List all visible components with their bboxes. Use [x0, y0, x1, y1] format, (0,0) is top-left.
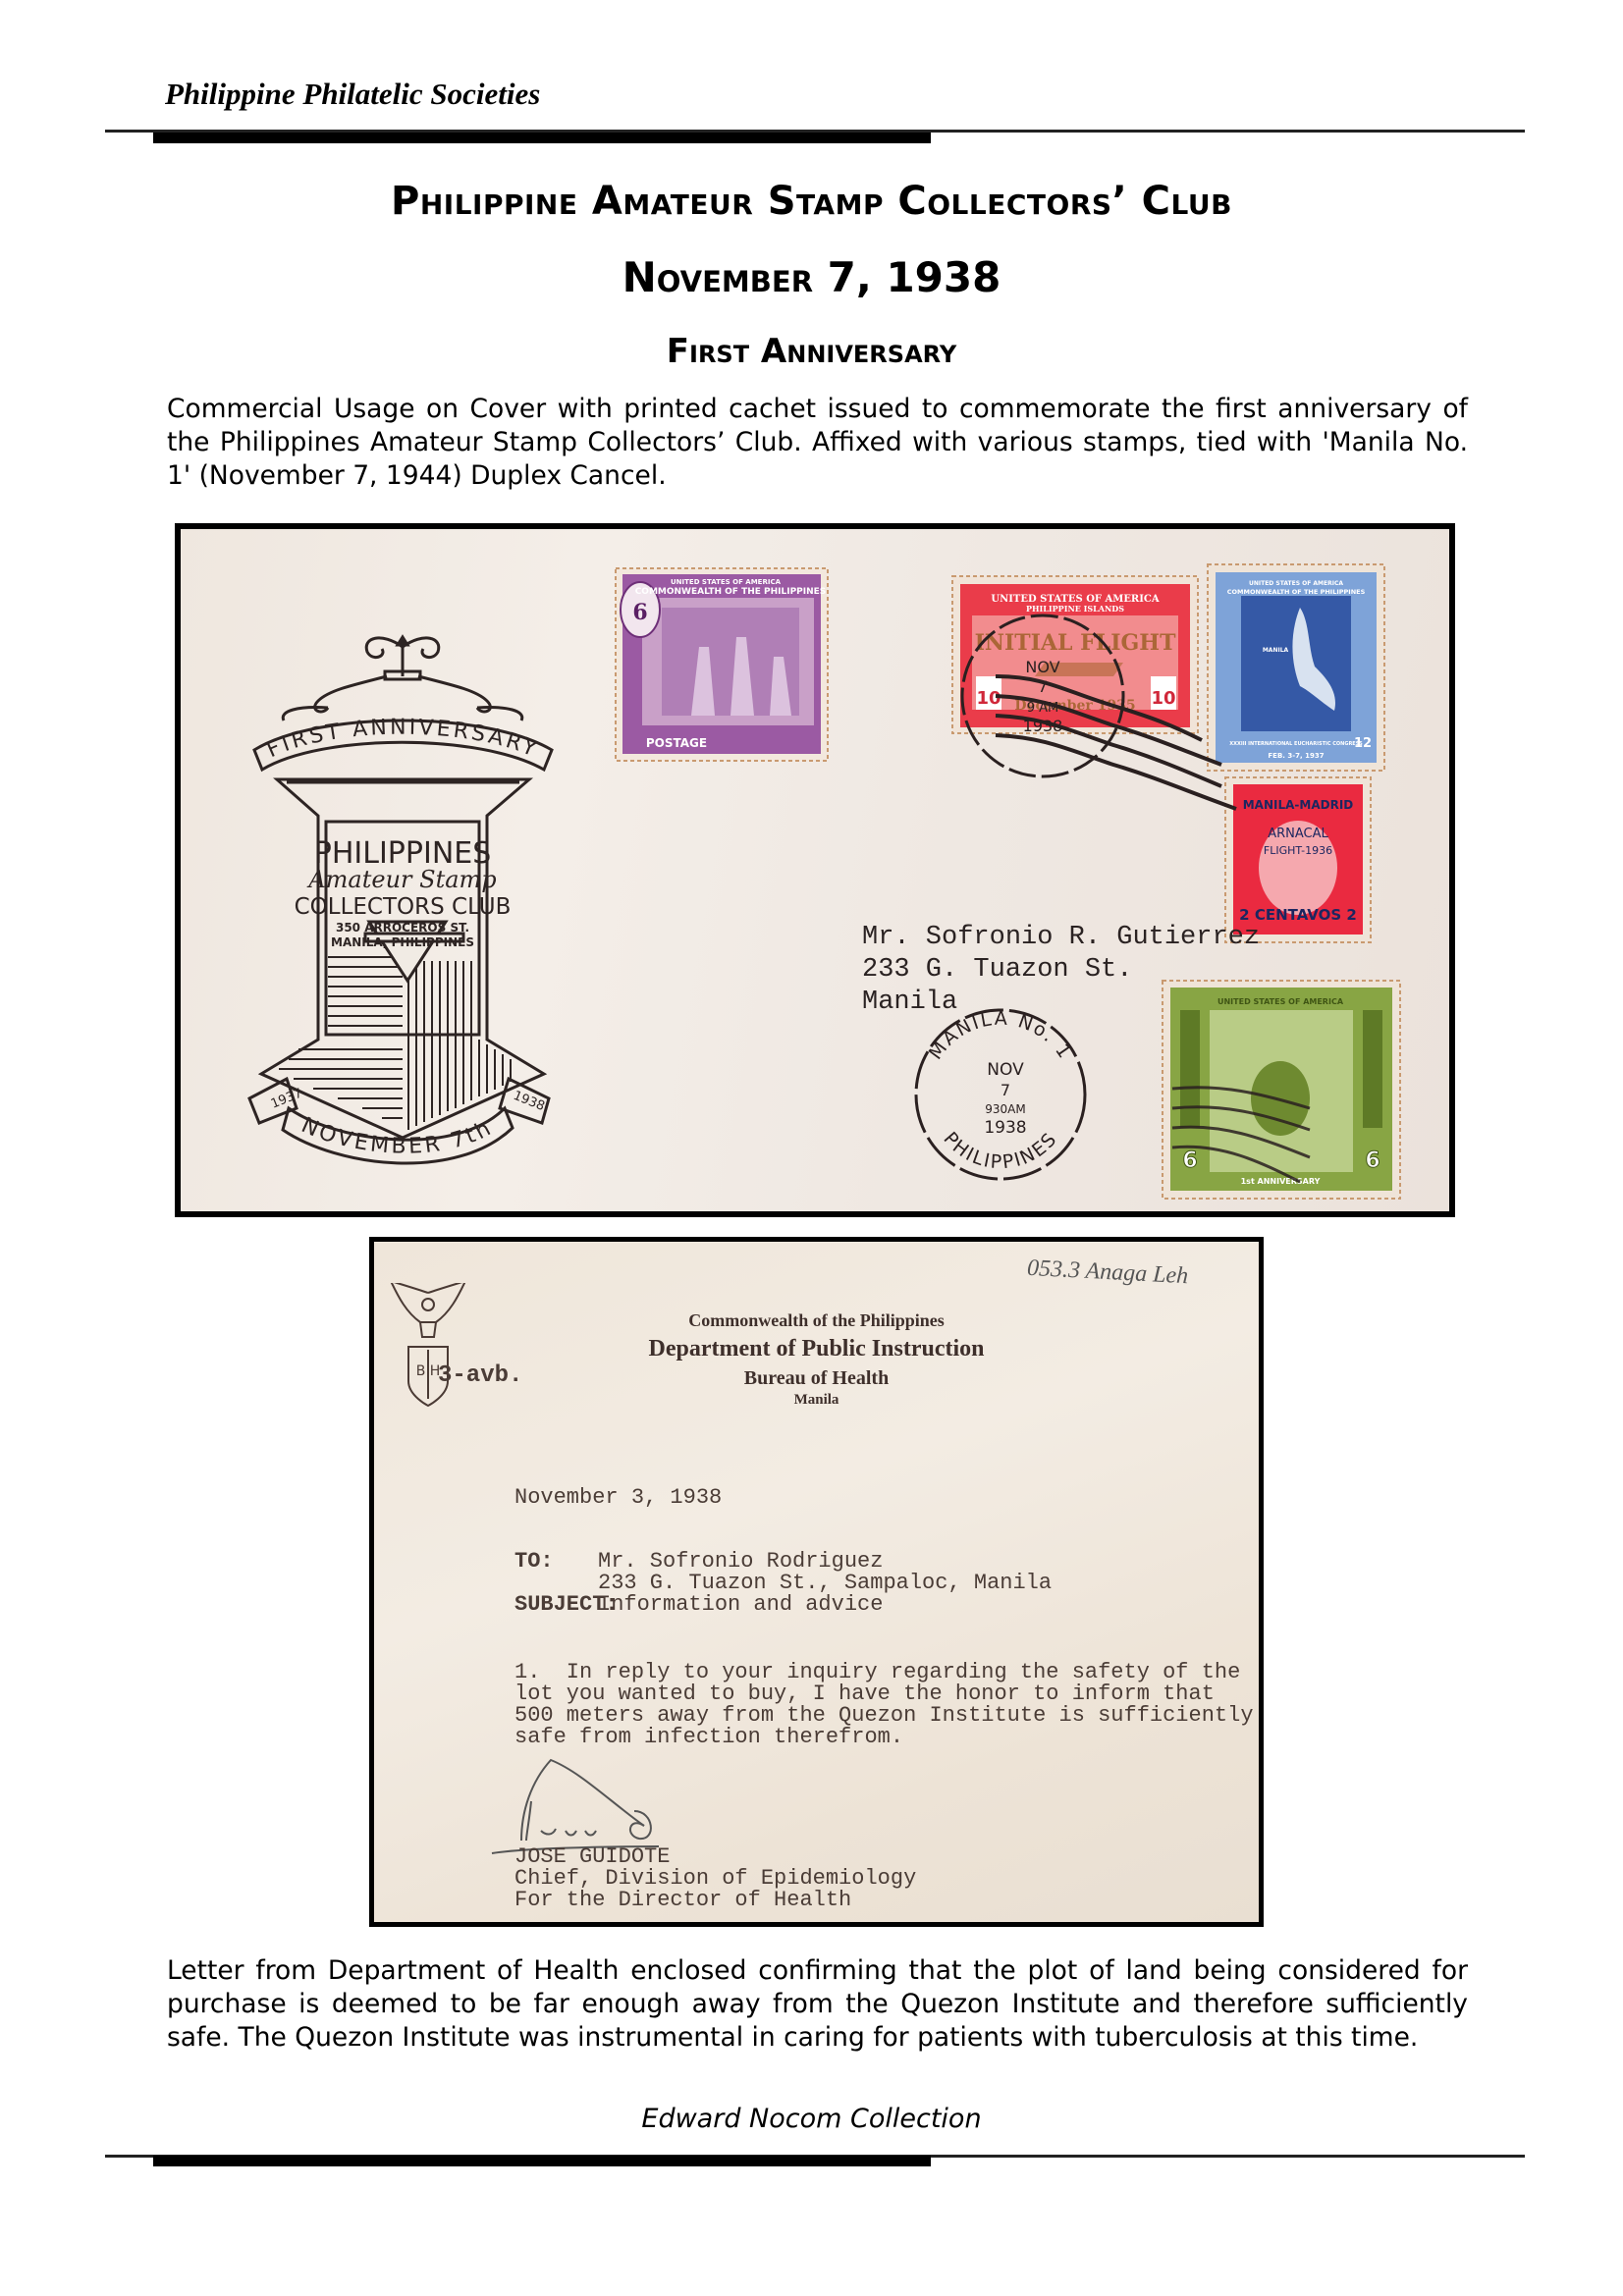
svg-text:ARNACAL: ARNACAL — [1268, 827, 1328, 841]
cover-artwork: FIRST ANNIVERSARY — [181, 529, 1449, 1211]
letter-to-label: TO: — [514, 1551, 554, 1573]
svg-text:FLIGHT-1936: FLIGHT-1936 — [1264, 844, 1332, 857]
letter-body-line: lot you wanted to buy, I have the honor … — [514, 1683, 1215, 1705]
svg-text:6: 6 — [632, 600, 647, 625]
svg-text:1938: 1938 — [984, 1118, 1026, 1138]
svg-text:12: 12 — [1354, 736, 1372, 751]
red-2c-arnacal-flight-stamp: MANILA-MADRID ARNACAL FLIGHT-1936 2 CENT… — [1225, 777, 1371, 942]
cachet-line4: 350 ARROCEROS ST. — [336, 921, 469, 934]
svg-text:930AM: 930AM — [985, 1102, 1025, 1116]
cachet-banner-text: FIRST ANNIVERSARY — [263, 716, 542, 764]
cachet-year-left: 1937 — [269, 1086, 304, 1111]
closing-paragraph: Letter from Department of Health enclose… — [167, 1954, 1468, 2055]
svg-text:INITIAL FLIGHT: INITIAL FLIGHT — [975, 630, 1177, 656]
cachet-line3: COLLECTORS CLUB — [295, 894, 512, 920]
collection-credit: Edward Nocom Collection — [0, 2104, 1623, 2134]
cover-address: Mr. Sofronio R. Gutierrez233 G. Tuazon S… — [862, 922, 1260, 1019]
svg-text:1st ANNIVERSARY: 1st ANNIVERSARY — [1241, 1177, 1321, 1186]
postmark-main: MANILA No. 1 PHILIPPINES NOV 7 930AM 193… — [916, 1008, 1085, 1179]
publication-header: Philippine Philatelic Societies — [165, 77, 540, 112]
cachet-shield — [261, 779, 544, 1138]
cachet-ornament-icon — [283, 637, 522, 721]
cachet-year-right: 1938 — [512, 1089, 547, 1114]
page-title: Philippine Amateur Stamp Collectors’ Clu… — [0, 179, 1623, 224]
header-bar — [153, 133, 931, 143]
svg-text:6: 6 — [1365, 1148, 1380, 1173]
svg-text:NOV: NOV — [987, 1060, 1024, 1080]
letter-body-line: safe from infection therefrom. — [514, 1727, 903, 1748]
svg-text:XXXIII INTERNATIONAL EUCHARIST: XXXIII INTERNATIONAL EUCHARISTIC CONGRES… — [1229, 741, 1363, 747]
address-line1: Mr. Sofronio R. Gutierrez — [862, 922, 1260, 954]
svg-text:FEB. 3-7, 1937: FEB. 3-7, 1937 — [1268, 752, 1324, 760]
address-line3: Manila — [862, 987, 1260, 1019]
purple-6c-stamp: 6 UNITED STATES OF AMERICA COMMONWEALTH … — [616, 568, 828, 761]
svg-text:7: 7 — [1001, 1081, 1010, 1099]
svg-text:6: 6 — [1182, 1148, 1197, 1173]
svg-text:COMMONWEALTH OF THE PHILIPPINE: COMMONWEALTH OF THE PHILIPPINES — [1227, 588, 1366, 596]
letter-to-address: 233 G. Tuazon St., Sampaloc, Manila — [598, 1573, 1052, 1594]
svg-text:UNITED STATES OF AMERICA: UNITED STATES OF AMERICA — [671, 578, 782, 586]
letterhead-line4: Manila — [374, 1392, 1259, 1409]
letter-image: 053.3 Anaga Leh B H 3-avb. Commonwealth … — [369, 1237, 1264, 1927]
signatory-for: For the Director of Health — [514, 1890, 851, 1911]
signatory-title: Chief, Division of Epidemiology — [514, 1868, 916, 1890]
letter-body-line: 500 meters away from the Quezon Institut… — [514, 1705, 1254, 1727]
svg-text:MANILA: MANILA — [1263, 647, 1289, 654]
cachet-line2: Amateur Stamp — [306, 866, 496, 893]
svg-text:UNITED STATES OF AMERICA: UNITED STATES OF AMERICA — [1249, 580, 1343, 587]
red-10c-initial-flight-stamp: UNITED STATES OF AMERICA PHILIPPINE ISLA… — [952, 576, 1198, 733]
svg-text:NOV: NOV — [1025, 658, 1059, 676]
cachet-line5: MANILA, PHILIPPINES — [331, 935, 474, 949]
page-date: November 7, 1938 — [0, 253, 1623, 301]
intro-paragraph: Commercial Usage on Cover with printed c… — [167, 393, 1468, 493]
svg-text:10: 10 — [1151, 688, 1175, 709]
footer-bar — [153, 2156, 931, 2166]
cover-image: FIRST ANNIVERSARY — [175, 523, 1455, 1217]
svg-text:10: 10 — [976, 688, 1001, 709]
signatory-name: JOSE GUIDOTE — [514, 1846, 670, 1868]
blue-12c-eucharistic-stamp: UNITED STATES OF AMERICA COMMONWEALTH OF… — [1208, 564, 1384, 771]
handwritten-note: 053.3 Anaga Leh — [1026, 1255, 1188, 1291]
svg-text:COMMONWEALTH OF THE PHILIPPINE: COMMONWEALTH OF THE PHILIPPINES — [635, 587, 827, 597]
letter-date: November 3, 1938 — [514, 1487, 722, 1509]
svg-text:POSTAGE: POSTAGE — [646, 736, 707, 750]
svg-text:MANILA-MADRID: MANILA-MADRID — [1243, 798, 1354, 812]
letter-body-line: 1. In reply to your inquiry regarding th… — [514, 1662, 1240, 1683]
letter-to-name: Mr. Sofronio Rodriguez — [598, 1551, 883, 1573]
page-subtitle: First Anniversary — [0, 332, 1623, 371]
letter-subject: Information and advice — [598, 1594, 883, 1616]
letterhead-line1: Commonwealth of the Philippines — [374, 1310, 1259, 1331]
svg-text:PHILIPPINE ISLANDS: PHILIPPINE ISLANDS — [1026, 604, 1124, 614]
letterhead-line3: Bureau of Health — [374, 1367, 1259, 1390]
address-line2: 233 G. Tuazon St. — [862, 954, 1260, 987]
letterhead-line2: Department of Public Instruction — [374, 1336, 1259, 1362]
